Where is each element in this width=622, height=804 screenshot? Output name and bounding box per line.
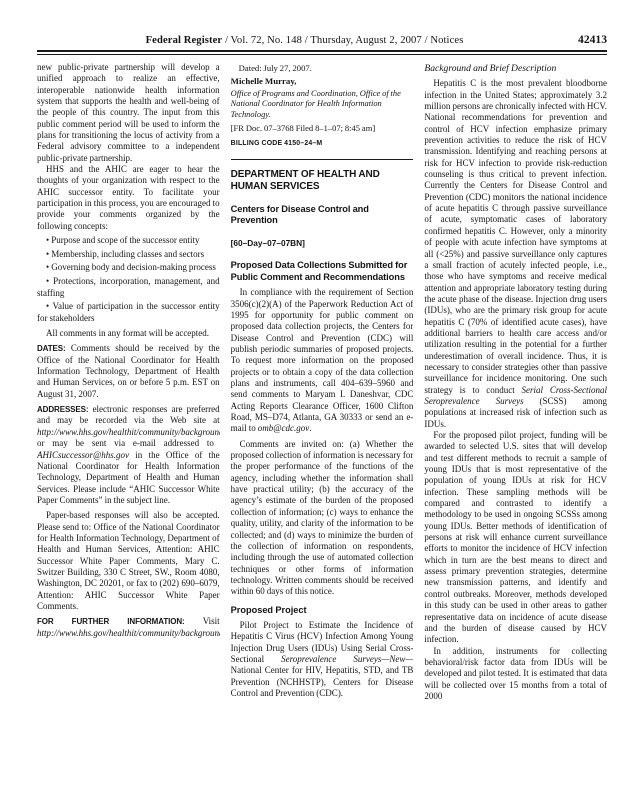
text-segment: BILLING CODE 4150–24–M: [231, 140, 323, 147]
text-segment: http://www.hhs.gov/healthit/community/ba…: [37, 427, 220, 437]
text-segment: National Center for HIV, Hepatitis, STD,…: [231, 665, 414, 698]
text-segment: omb@cdc.gov: [258, 423, 310, 433]
text-segment: new public-private partnership will deve…: [37, 62, 220, 163]
docket-number: [60–Day–07–07BN]: [231, 238, 414, 249]
body-paragraph: Paper-based responses will also be accep…: [37, 510, 220, 612]
background-heading: Background and Brief Description: [424, 63, 607, 74]
column-left: new public-private partnership will deve…: [37, 62, 220, 798]
body-paragraph: Pilot Project to Estimate the Incidence …: [231, 620, 414, 699]
text-segment: Dated: July 27, 2007.: [239, 63, 312, 73]
text-segment: Visit: [203, 616, 220, 626]
signature-name: Michelle Murray,: [231, 76, 414, 87]
text-segment: or may be sent via e-mail addressed to: [37, 438, 214, 448]
text-segment: [FR Doc. 07–3768 Filed 8–1–07; 8:45 am]: [231, 123, 375, 133]
text-segment: ADDRESSES:: [37, 405, 93, 414]
text-segment: • Purpose and scope of the successor ent…: [46, 235, 199, 245]
folio-line: Federal Register / Vol. 72, No. 148 / Th…: [37, 35, 572, 46]
journal-title: Federal Register: [146, 35, 223, 46]
billing-code: BILLING CODE 4150–24–M: [231, 138, 414, 149]
body-paragraph: In addition, instruments for collecting …: [424, 646, 607, 703]
text-segment: All comments in any format will be accep…: [46, 328, 209, 338]
text-segment: HHS and the AHIC are eager to hear the t…: [37, 164, 220, 231]
text-segment: Paper-based responses will also be accep…: [37, 510, 220, 611]
body-paragraph: Hepatitis C is the most prevalent bloodb…: [424, 78, 607, 430]
text-segment: • Value of participation in the successo…: [37, 301, 220, 322]
text-segment: In addition, instruments for collecting …: [424, 646, 607, 701]
text-segment: • Protections, incorporation, management…: [37, 276, 220, 297]
body-paragraph: HHS and the AHIC are eager to hear the t…: [37, 164, 220, 232]
text-segment: • Membership, including classes and sect…: [46, 249, 204, 259]
body-paragraph: FOR FURTHER INFORMATION: Visit http://ww…: [37, 616, 220, 639]
text-segment: In compliance with the requirement of Se…: [231, 287, 414, 433]
signature-title: Office of Programs and Coordination, Off…: [231, 89, 414, 121]
fr-doc-line: [FR Doc. 07–3768 Filed 8–1–07; 8:45 am]: [231, 123, 414, 134]
bullet-item: • Governing body and decision-making pro…: [37, 262, 220, 273]
text-segment: Background and Brief Description: [424, 63, 556, 74]
text-segment: .: [309, 423, 311, 433]
text-segment: Hepatitis C is the most prevalent bloodb…: [424, 78, 607, 394]
text-segment: DATES:: [37, 344, 71, 353]
document-page: Federal Register / Vol. 72, No. 148 / Th…: [0, 0, 622, 804]
page-number: 42413: [572, 33, 607, 46]
section-divider: [231, 159, 414, 160]
text-segment: Proposed Project: [231, 605, 307, 615]
text-segment: http://www.hhs.gov/healthit/community/ba…: [37, 628, 220, 638]
body-paragraph: DATES: Comments should be received by th…: [37, 343, 220, 400]
text-columns: new public-private partnership will deve…: [0, 55, 622, 798]
text-segment: DEPARTMENT OF HEALTH AND HUMAN SERVICES: [231, 169, 380, 192]
body-paragraph: Comments are invited on: (a) Whether the…: [231, 439, 414, 598]
body-paragraph: All comments in any format will be accep…: [37, 328, 220, 339]
body-paragraph: In compliance with the requirement of Se…: [231, 287, 414, 434]
department-heading: DEPARTMENT OF HEALTH AND HUMAN SERVICES: [231, 169, 414, 193]
page-citation: / Vol. 72, No. 148 / Thursday, August 2,…: [222, 35, 463, 46]
text-segment: Michelle Murray,: [231, 76, 297, 86]
bullet-item: • Purpose and scope of the successor ent…: [37, 235, 220, 246]
text-segment: Proposed Data Collections Submitted for …: [231, 260, 408, 282]
bullet-item: • Protections, incorporation, management…: [37, 276, 220, 299]
agency-subheading: Centers for Disease Control and Preventi…: [231, 204, 414, 227]
notice-title: Proposed Data Collections Submitted for …: [231, 260, 414, 283]
text-segment: Seroprevalence Surveys—New—: [281, 654, 413, 664]
text-segment: For the proposed pilot project, funding …: [424, 430, 607, 644]
text-segment: Comments are invited on: (a) Whether the…: [231, 439, 414, 596]
text-segment: • Governing body and decision-making pro…: [46, 262, 216, 272]
text-segment: AHICsuccessor@hhs.gov: [37, 450, 129, 460]
bullet-item: • Membership, including classes and sect…: [37, 249, 220, 260]
body-paragraph: ADDRESSES: electronic responses are pref…: [37, 404, 220, 506]
column-right: Background and Brief DescriptionHepatiti…: [424, 62, 607, 798]
signature-date: Dated: July 27, 2007.: [231, 63, 414, 74]
text-segment: FOR FURTHER INFORMATION:: [37, 617, 203, 626]
bullet-item: • Value of participation in the successo…: [37, 301, 220, 324]
column-middle: Dated: July 27, 2007.Michelle Murray,Off…: [231, 62, 414, 798]
body-paragraph: For the proposed pilot project, funding …: [424, 430, 607, 646]
text-segment: [60–Day–07–07BN]: [231, 238, 305, 248]
body-paragraph: new public-private partnership will deve…: [37, 62, 220, 164]
section-heading: Proposed Project: [231, 605, 414, 616]
text-segment: Office of Programs and Coordination, Off…: [231, 89, 401, 119]
text-segment: Centers for Disease Control and Preventi…: [231, 204, 369, 226]
page-header: Federal Register / Vol. 72, No. 148 / Th…: [0, 0, 622, 49]
